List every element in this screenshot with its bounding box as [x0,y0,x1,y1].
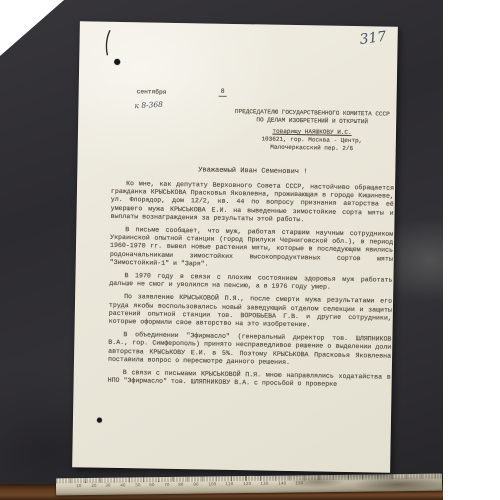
hole-punch [114,59,120,65]
recipient-address-block: ПРЕДСЕДАТЕЛЮ ГОСУДАРСТВЕННОГО КОМИТЕТА С… [226,108,399,154]
date-day-typed: 8 [219,88,227,97]
letter-paragraph: Ко мне, как депутату Верховного Совета С… [110,180,394,226]
ruler-number: 20 [91,484,96,489]
ruler-number: 70 [164,483,169,488]
hole-punch [97,418,102,423]
ruler-number: 120 [243,482,251,487]
handwritten-page-number: 317 [359,29,387,48]
ruler-number: 110 [226,482,234,487]
handwritten-reference-number: к 8-368 [134,100,163,110]
ruler-number: 80 [179,483,184,488]
recipient-line-street: Малочеркасский пер. 2/6 [226,143,398,154]
salutation-line: Уважаемый Иван Семенович ! [111,165,394,178]
ruler-number: 30 [105,484,110,489]
date-month-typed: сентября [137,88,167,96]
ruler-number: 50 [135,484,140,489]
ruler-number: 90 [193,483,198,488]
letter-paragraph: В 1970 году в связи с плохим состоянием … [109,272,392,293]
photo-of-document: 10 20 30 40 50 60 70 80 90 100 110 120 1… [0,0,500,500]
ruler-grime-stain [264,474,442,493]
letter-paragraph: В связи с письмами КРЫСЬКОВОЙ П.Я. мною … [108,369,391,390]
ruler-number: 10 [76,484,81,489]
photo-dark-background: 10 20 30 40 50 60 70 80 90 100 110 120 1… [0,0,443,500]
letter-paragraph: По заявлению КРЫСЬКОВОЙ П.Я., после смер… [109,293,393,331]
letter-paragraph: В письме сообщает, что муж, работая стар… [110,226,394,272]
ruler-number: 40 [120,484,125,489]
ruler-number: 100 [208,483,216,488]
handwritten-page-mark [103,30,114,61]
letter-body: Ко мне, как депутату Верховного Совета С… [107,180,394,395]
typewritten-letter-sheet: 317 сентября 8 к 8-368 ПРЕДСЕДАТЕЛЮ ГОСУ… [72,21,398,472]
letter-paragraph: В объединении "Эфирмасло" (генеральный д… [108,331,392,369]
ruler-number: 60 [149,483,154,488]
